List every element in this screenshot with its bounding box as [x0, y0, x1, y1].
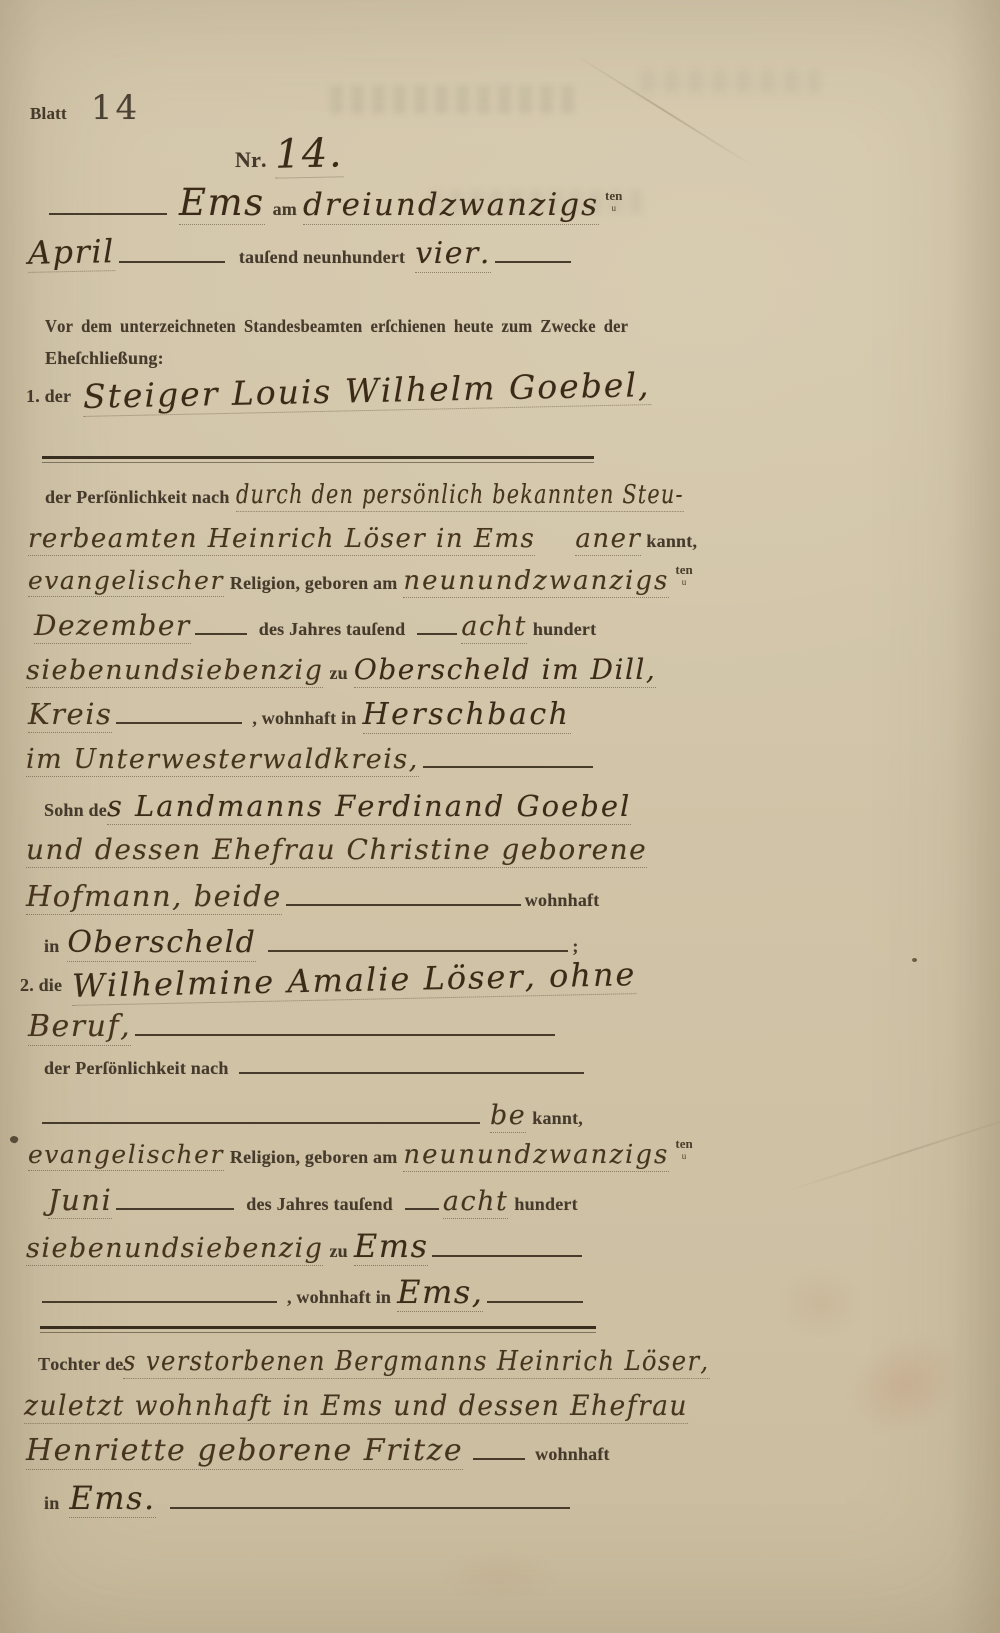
date-line-2: April tauſend neunhundert vier. [28, 236, 575, 273]
ordinal-ten: ten [675, 1137, 692, 1150]
blank-rule [49, 213, 167, 215]
bride-identity-line-1: der Perſönlichkeit nach [44, 1058, 588, 1079]
ordinal-u: u [611, 204, 616, 213]
blank-rule [119, 261, 225, 263]
blank-rule [42, 1301, 277, 1303]
bride-birthday-handwritten: neunundzwanzigs [403, 1142, 669, 1172]
blank-rule [423, 766, 593, 768]
year-label-2: hundert [533, 619, 596, 640]
groom-birthplace-handwritten: Oberscheld im Dill, [354, 656, 656, 688]
intro-text-1: Vor dem unterzeichneten Standesbeamten e… [45, 316, 628, 337]
son-label: Sohn de [44, 800, 107, 821]
stain [420, 1540, 580, 1610]
bride-parents-line-3: Henriette geborene Fritze wohnhaft [26, 1436, 610, 1470]
sheet-label: Blatt [30, 104, 67, 124]
stain [760, 1255, 880, 1350]
ordinal-suffix: ten u [675, 1137, 692, 1161]
groom-birthday-handwritten: neunundzwanzigs [403, 568, 669, 598]
nr-value-handwritten: 14. [274, 133, 343, 178]
bride-occupation-line: Beruf, [28, 1012, 559, 1046]
blank-rule [239, 1072, 584, 1074]
sheet-number: 14 [91, 88, 140, 128]
blank-rule [495, 261, 571, 263]
wohnhaft-label: wohnhaft [525, 890, 600, 911]
groom-birthyear-line-1: Dezember des Jahres tauſend acht hundert [34, 612, 596, 644]
groom-year-handwritten-1: acht [461, 613, 526, 644]
groom-parents-residence-line: in Oberscheld ; [44, 928, 579, 962]
blank-rule [473, 1458, 525, 1460]
groom-residence2-handwritten: im Unterwesterwaldkreis, [26, 746, 419, 777]
groom-identity-line-2: rerbeamten Heinrich Löser in Ems aner ka… [28, 526, 697, 556]
bride-year-handwritten-2: siebenundsiebenzig [26, 1235, 323, 1266]
bride-year-handwritten-1: acht [443, 1188, 508, 1219]
am-label: am [273, 199, 297, 220]
blank-rule [135, 1034, 555, 1036]
ordinal-ten: ten [605, 189, 622, 202]
document-page: Blatt 14 Nr. 14. Ems am dreiundzwanzigs … [0, 0, 1000, 1633]
bride-parents-line-1: Tochter de s verstorbenen Bergmanns Hein… [38, 1348, 775, 1379]
bride-parents-residence-line: in Ems. [44, 1482, 574, 1518]
bleed-through-ghost [330, 86, 580, 114]
thousand-label: tauſend neunhundert [239, 247, 405, 268]
groom-parents-line-2: und dessen Ehefrau Christine geborene [26, 836, 647, 868]
kannt-label: kannt, [646, 531, 697, 552]
paper-crease [576, 54, 755, 167]
nr-label: Nr. [235, 147, 267, 173]
section-divider-rule [42, 456, 594, 463]
in-label: in [44, 1493, 59, 1514]
groom-identity-handwritten-1: durch den persönlich bekannten Steu- [236, 482, 684, 512]
bride-religion-line: evangelischer Religion, geboren am neunu… [28, 1142, 693, 1176]
year-label-1: des Jahres tauſend [259, 619, 406, 640]
bride-parents-handwritten-3: Henriette geborene Fritze [26, 1436, 463, 1470]
groom-birthmonth-handwritten: Dezember [34, 612, 191, 644]
wohnhaft-label: wohnhaft [535, 1444, 610, 1465]
groom-parents-line-1: Sohn de s Landmanns Ferdinand Goebel [44, 792, 631, 825]
bride-parents-line-2: zuletzt wohnhaft in Ems und dessen Ehefr… [24, 1392, 723, 1424]
religion-label: Religion, geboren am [230, 573, 398, 594]
groom-identity-line-1: der Perſönlichkeit nach durch den persön… [45, 482, 795, 512]
bride-name-line: 2. die Wilhelmine Amalie Löser, ohne [20, 964, 637, 1000]
bride-parents-residence-handwritten: Ems. [69, 1482, 155, 1518]
intro-line-2: Eheſchließung: [45, 348, 164, 369]
blank-rule [487, 1301, 583, 1303]
bride-index-label: 2. die [20, 975, 62, 996]
blank-rule [195, 633, 247, 635]
year-label-1: des Jahres tauſend [246, 1194, 393, 1215]
groom-identity-handwritten-2b: aner [575, 526, 641, 556]
in-label: in [44, 936, 59, 957]
year-handwritten: vier. [415, 239, 491, 273]
ordinal-u: u [682, 1152, 687, 1161]
groom-birthyear-line-2: siebenundsiebenzig zu Oberscheld im Dill… [26, 656, 656, 688]
daughter-label: Tochter de [38, 1354, 123, 1375]
groom-year-handwritten-2: siebenundsiebenzig [26, 657, 323, 688]
bride-birthyear-line-2: siebenundsiebenzig zu Ems [26, 1230, 586, 1266]
section-divider-rule [40, 1326, 596, 1333]
record-number-line: Nr. 14. [235, 134, 343, 178]
blank-rule [286, 904, 521, 906]
groom-parents-handwritten-1: s Landmanns Ferdinand Goebel [107, 792, 631, 825]
paper-crease [786, 1110, 1000, 1192]
bride-parents-handwritten-1: s verstorbenen Bergmanns Heinrich Löser, [123, 1348, 710, 1379]
kannt-label: kannt, [532, 1108, 583, 1129]
groom-religion-handwritten: evangelischer [28, 568, 224, 597]
groom-index-label: 1. der [26, 386, 71, 407]
ordinal-suffix: ten u [605, 189, 622, 213]
intro-line-1: Vor dem unterzeichneten Standesbeamten e… [45, 316, 679, 337]
ordinal-ten: ten [675, 563, 692, 576]
groom-kreis-handwritten: Kreis [28, 700, 112, 733]
day-handwritten: dreiundzwanzigs [303, 190, 599, 225]
bride-parents-handwritten-2: zuletzt wohnhaft in Ems und dessen Ehefr… [24, 1392, 688, 1424]
bride-birthplace-handwritten: Ems [354, 1230, 429, 1266]
intro-text-2: Eheſchließung: [45, 348, 164, 369]
blank-rule [170, 1507, 570, 1509]
bride-birthyear-line-1: Juni des Jahres tauſend acht hundert [48, 1186, 578, 1219]
ordinal-u: u [682, 578, 687, 587]
zu-label: zu [329, 663, 347, 684]
blank-rule [405, 1208, 439, 1210]
groom-residence-handwritten: Herschbach [363, 700, 571, 734]
resident-label: , wohnhaft in [252, 708, 356, 729]
zu-label: zu [329, 1241, 347, 1262]
groom-identity-handwritten-2: rerbeamten Heinrich Löser in Ems [28, 526, 535, 556]
semicolon: ; [572, 936, 578, 957]
bride-religion-handwritten: evangelischer [28, 1142, 224, 1171]
blank-rule [432, 1255, 582, 1257]
bride-identity-line-2: be kannt, [38, 1102, 583, 1133]
identity-label: der Perſönlichkeit nach [44, 1058, 229, 1079]
ordinal-suffix: ten u [675, 563, 692, 587]
groom-religion-line: evangelischer Religion, geboren am neunu… [28, 568, 693, 602]
place-handwritten: Ems [179, 184, 265, 225]
groom-parents-handwritten-2: und dessen Ehefrau Christine geborene [26, 836, 647, 868]
groom-name-line: 1. der Steiger Louis Wilhelm Goebel, [26, 374, 651, 411]
ink-speck [912, 958, 917, 962]
blank-rule [268, 950, 568, 952]
blank-rule [116, 1208, 234, 1210]
blank-rule [417, 633, 457, 635]
ink-speck [9, 1135, 19, 1144]
stain [799, 1288, 1000, 1483]
month-handwritten: April [28, 235, 116, 273]
sheet-header: Blatt 14 [30, 88, 140, 128]
bride-name-handwritten: Wilhelmine Amalie Löser, ohne [72, 958, 637, 1006]
groom-parents-handwritten-3: Hofmann, beide [26, 882, 282, 915]
blank-rule [116, 722, 242, 724]
bride-known-handwritten: be [490, 1102, 526, 1133]
identity-label: der Perſönlichkeit nach [45, 487, 230, 508]
year-label-2: hundert [514, 1194, 577, 1215]
date-line-1: Ems am dreiundzwanzigs ten u [45, 184, 622, 228]
bride-birthmonth-handwritten: Juni [48, 1186, 112, 1219]
groom-parents-residence-handwritten: Oberscheld [67, 928, 256, 962]
blank-rule [42, 1122, 480, 1124]
groom-kreis-line: Kreis , wohnhaft in Herschbach [28, 700, 571, 734]
groom-name-handwritten: Steiger Louis Wilhelm Goebel, [83, 368, 651, 417]
groom-parents-line-3: Hofmann, beide wohnhaft [26, 882, 599, 915]
bride-residence-handwritten: Ems, [397, 1276, 483, 1312]
religion-label: Religion, geboren am [230, 1147, 398, 1168]
resident-label: , wohnhaft in [287, 1287, 391, 1308]
bride-occupation-handwritten: Beruf, [28, 1012, 131, 1046]
bride-residence-line: , wohnhaft in Ems, [38, 1276, 587, 1312]
groom-residence-line-2: im Unterwesterwaldkreis, [26, 746, 597, 777]
bleed-through-ghost [640, 70, 820, 94]
